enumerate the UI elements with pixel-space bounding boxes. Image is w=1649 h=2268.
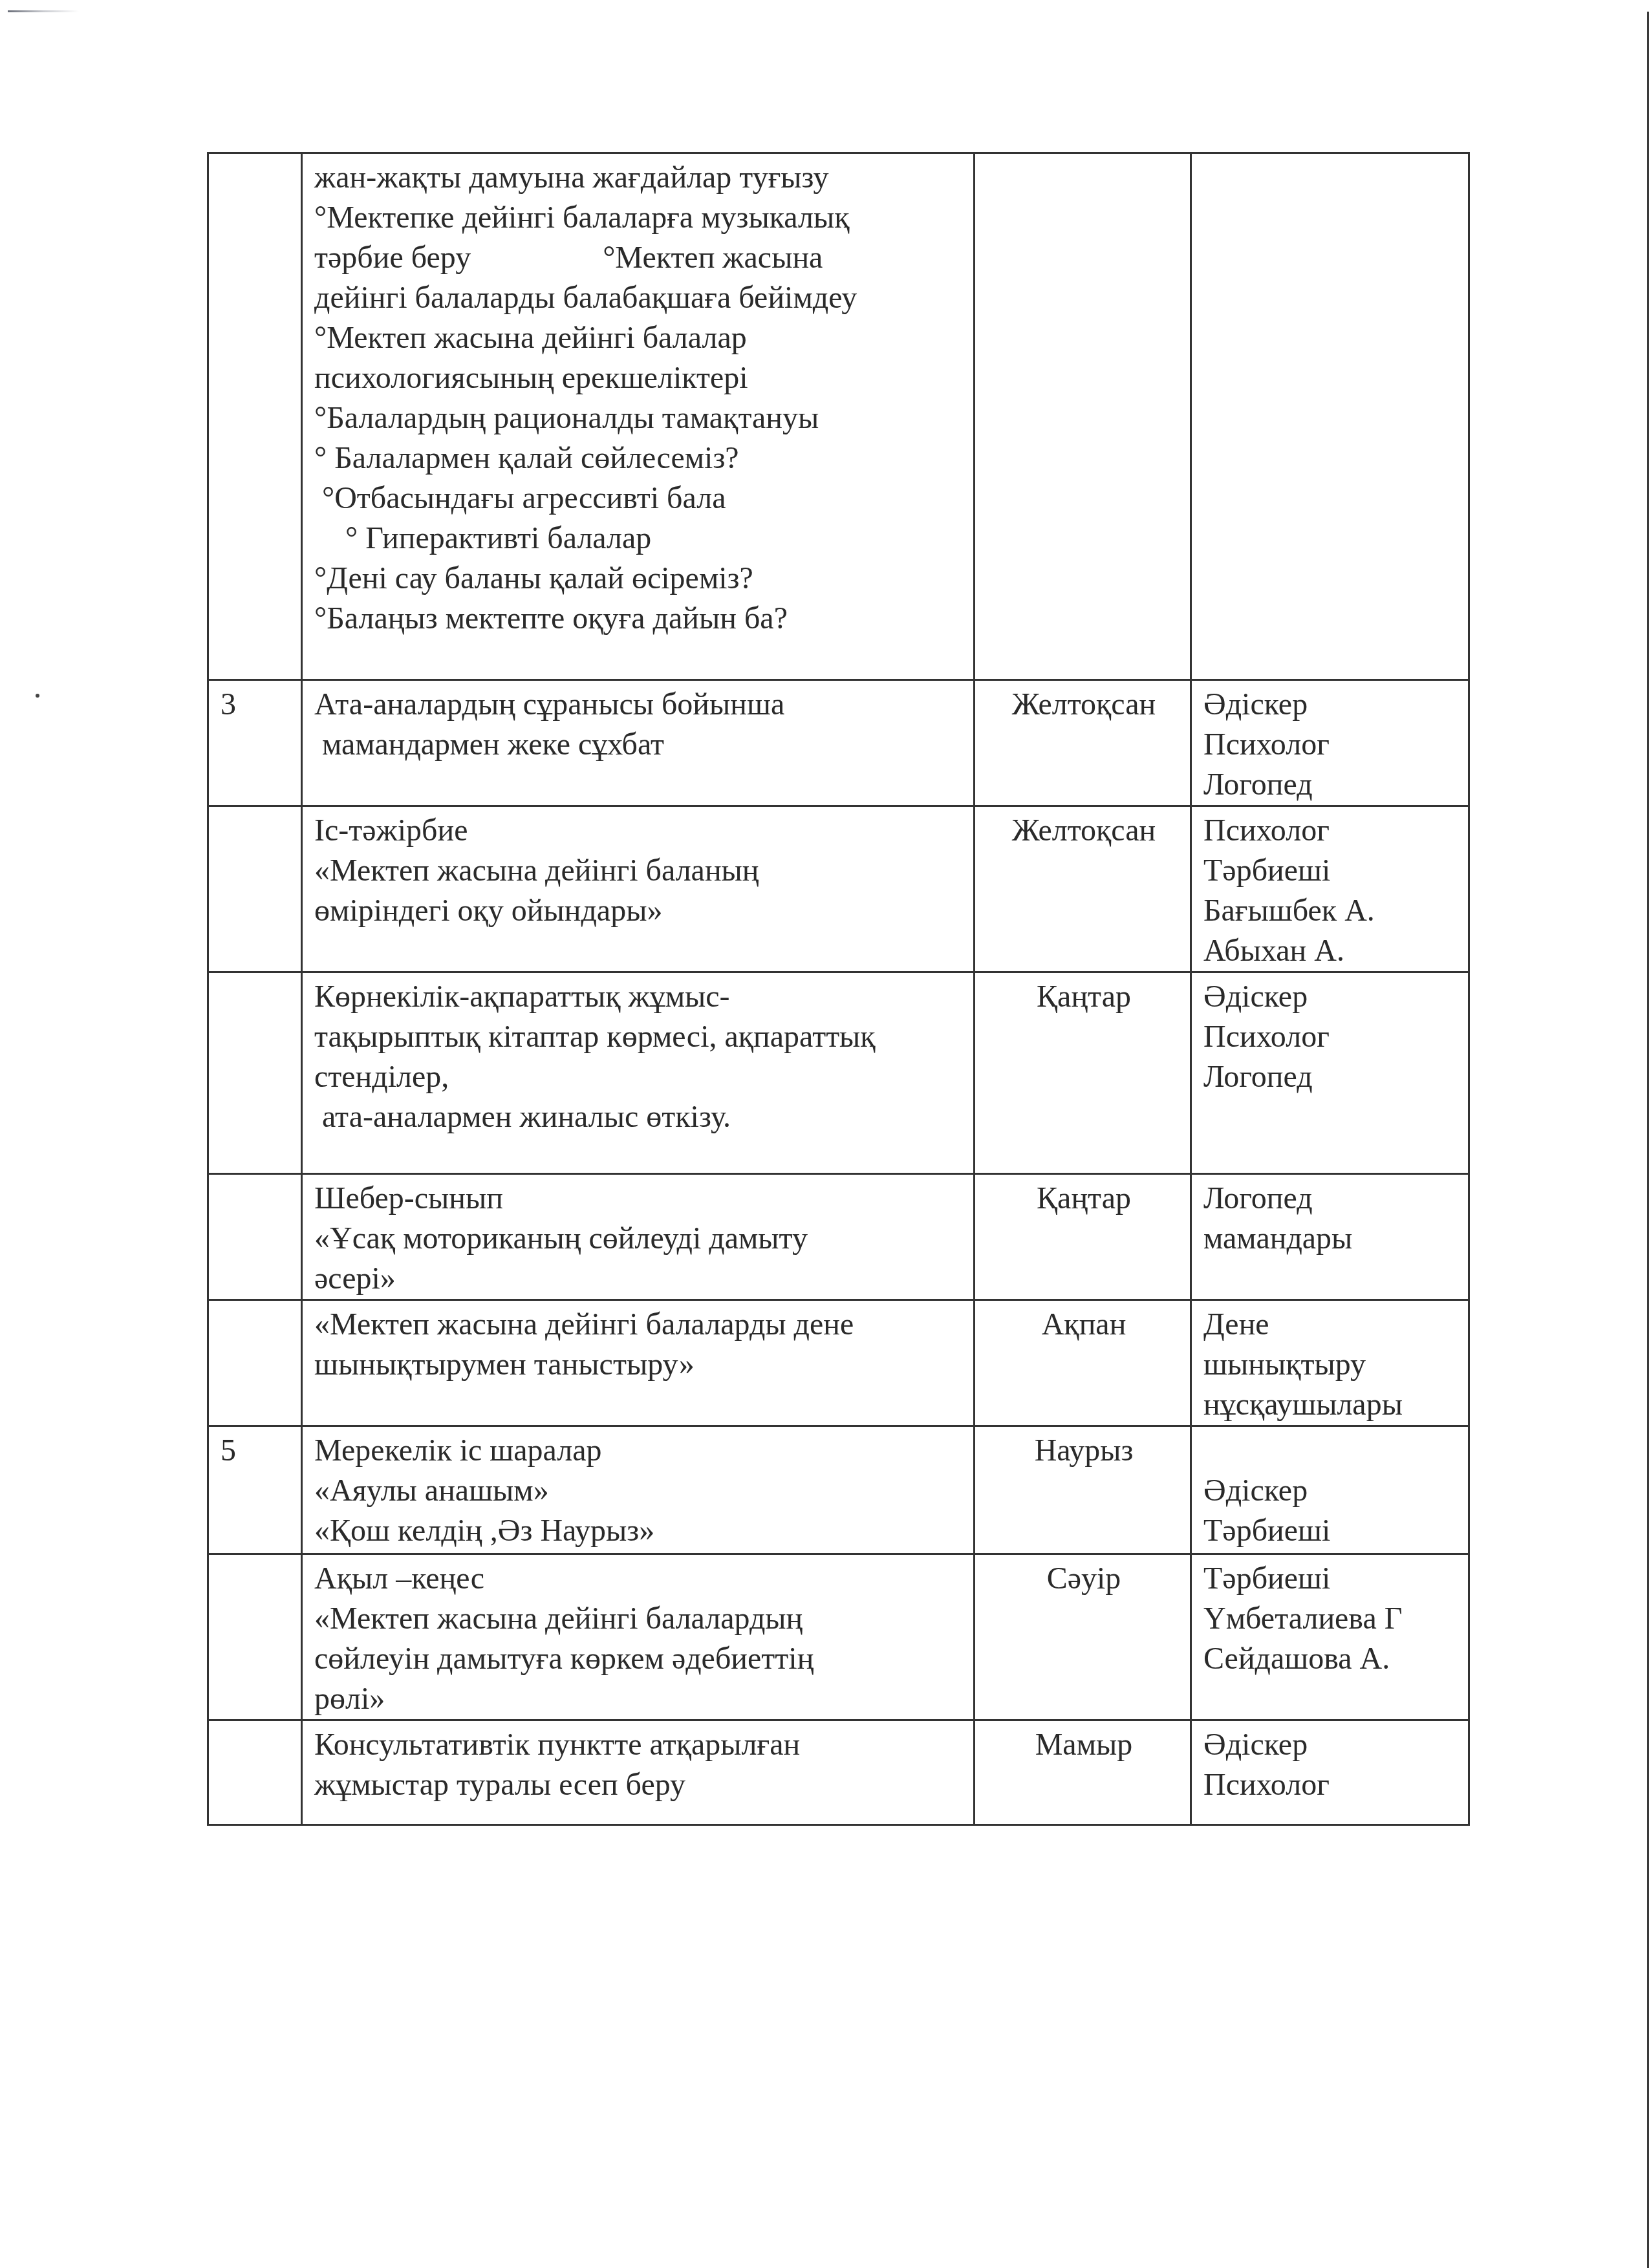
event-cell: жан-жақты дамуына жағдайлар туғызу°Мекте… — [302, 153, 975, 680]
event-line: Консультативтік пунктте атқарылған — [314, 1725, 964, 1765]
table-row: Консультативтік пунктте атқарылғанжұмыст… — [208, 1720, 1469, 1825]
month-cell — [975, 153, 1191, 680]
responsible-person: Психолог — [1203, 1017, 1459, 1057]
row-number-cell — [208, 1554, 302, 1720]
responsible-person: Абыхан А. — [1203, 931, 1459, 971]
table-row: Іс-тәжірбие«Мектеп жасына дейінгі баланы… — [208, 806, 1469, 972]
responsible-person: Әдіскер — [1203, 1471, 1459, 1511]
event-line: Ата-аналардың сұранысы бойынша — [314, 685, 964, 725]
event-line: «Ұсақ моториканың сөйлеуді дамыту — [314, 1219, 964, 1259]
month-cell: Наурыз — [975, 1426, 1191, 1554]
event-line: тақырыптық кітаптар көрмесі, ақпараттық — [314, 1017, 964, 1057]
responsible-person: Дене — [1203, 1305, 1459, 1345]
event-line: шынықтырумен таныстыру» — [314, 1345, 964, 1385]
event-line: стенділер, — [314, 1057, 964, 1097]
event-cell: Ақыл –кеңес«Мектеп жасына дейінгі балала… — [302, 1554, 975, 1720]
row-number-cell: 3 — [208, 680, 302, 806]
event-line: °Балалардың рационалды тамақтануы — [314, 398, 964, 438]
event-cell: Шебер-сынып«Ұсақ моториканың сөйлеуді да… — [302, 1174, 975, 1300]
row-number-cell — [208, 1300, 302, 1426]
month-cell: Желтоқсан — [975, 680, 1191, 806]
event-cell: Консультативтік пунктте атқарылғанжұмыст… — [302, 1720, 975, 1825]
responsible-person: Әдіскер — [1203, 977, 1459, 1017]
responsible-person: Психолог — [1203, 811, 1459, 851]
event-cell: Ата-аналардың сұранысы бойынша мамандарм… — [302, 680, 975, 806]
event-line: дейінгі балаларды балабақшаға бейімдеу — [314, 278, 964, 318]
responsible-cell: ПсихологТәрбиешіБағышбек А.Абыхан А. — [1191, 806, 1469, 972]
responsible-cell: Денешынықтырунұсқаушылары — [1191, 1300, 1469, 1426]
event-line: Мерекелік іс шаралар — [314, 1431, 964, 1471]
table-row: «Мектеп жасына дейінгі балаларды денешын… — [208, 1300, 1469, 1426]
row-number-cell — [208, 806, 302, 972]
event-line: ° Гиперактивті балалар — [314, 519, 964, 559]
event-line: «Қош келдің ,Әз Наурыз» — [314, 1511, 964, 1551]
event-cell: Мерекелік іс шаралар«Аяулы анашым»«Қош к… — [302, 1426, 975, 1554]
event-line: °Мектеп жасына дейінгі балалар — [314, 318, 964, 358]
responsible-cell: ТәрбиешіҮмбеталиева ГСейдашова А. — [1191, 1554, 1469, 1720]
month-cell: Ақпан — [975, 1300, 1191, 1426]
responsible-person: Психолог — [1203, 725, 1459, 765]
event-line: өміріндегі оқу ойындары» — [314, 891, 964, 931]
responsible-person: шынықтыру — [1203, 1345, 1459, 1385]
table-row: Шебер-сынып«Ұсақ моториканың сөйлеуді да… — [208, 1174, 1469, 1300]
event-line: ата-аналармен жиналыс өткізу. — [314, 1097, 964, 1137]
responsible-person: Бағышбек А. — [1203, 891, 1459, 931]
event-line: рөлі» — [314, 1679, 964, 1719]
row-number-cell: 5 — [208, 1426, 302, 1554]
responsible-person: Логопед — [1203, 1057, 1459, 1097]
event-line: Іс-тәжірбие — [314, 811, 964, 851]
responsible-cell: ӘдіскерПсихологЛогопед — [1191, 680, 1469, 806]
table-row: Көрнекілік-ақпараттық жұмыс-тақырыптық к… — [208, 972, 1469, 1174]
event-line: мамандармен жеке сұхбат — [314, 725, 964, 765]
event-line: тәрбие беру °Мектеп жасына — [314, 238, 964, 278]
responsible-cell: Логопедмамандары — [1191, 1174, 1469, 1300]
event-line: сөйлеуін дамытуға көркем әдебиеттің — [314, 1639, 964, 1679]
event-cell: Іс-тәжірбие«Мектеп жасына дейінгі баланы… — [302, 806, 975, 972]
responsible-person: Логопед — [1203, 765, 1459, 805]
responsible-person: Әдіскер — [1203, 685, 1459, 725]
event-line: «Аяулы анашым» — [314, 1471, 964, 1511]
event-line: °Дені сау баланы қалай өсіреміз? — [314, 559, 964, 599]
month-cell: Қаңтар — [975, 1174, 1191, 1300]
responsible-person: Логопед — [1203, 1179, 1459, 1219]
table-row: жан-жақты дамуына жағдайлар туғызу°Мекте… — [208, 153, 1469, 680]
event-cell: «Мектеп жасына дейінгі балаларды денешын… — [302, 1300, 975, 1426]
responsible-person: Сейдашова А. — [1203, 1639, 1459, 1679]
responsible-person: Тәрбиеші — [1203, 1511, 1459, 1551]
event-line: «Мектеп жасына дейінгі балаларды дене — [314, 1305, 964, 1345]
responsible-person: Психолог — [1203, 1765, 1459, 1805]
event-line: ° Балалармен қалай сөйлесеміз? — [314, 438, 964, 478]
responsible-cell: ӘдіскерТәрбиеші — [1191, 1426, 1469, 1554]
responsible-person: Үмбеталиева Г — [1203, 1599, 1459, 1639]
scan-artifact-dot — [36, 694, 39, 698]
responsible-person: Тәрбиеші — [1203, 851, 1459, 891]
responsible-cell: ӘдіскерПсихологЛогопед — [1191, 972, 1469, 1174]
event-line: әсері» — [314, 1259, 964, 1299]
event-line: Шебер-сынып — [314, 1179, 964, 1219]
row-number-cell — [208, 1720, 302, 1825]
event-line: Көрнекілік-ақпараттық жұмыс- — [314, 977, 964, 1017]
event-line: жұмыстар туралы есеп беру — [314, 1765, 964, 1805]
responsible-person: Тәрбиеші — [1203, 1559, 1459, 1599]
event-line: «Мектеп жасына дейінгі балалардың — [314, 1599, 964, 1639]
scan-artifact-top — [8, 10, 79, 12]
event-line: психологиясының ерекшеліктері — [314, 358, 964, 398]
event-line: °Отбасындағы агрессивті бала — [314, 478, 964, 519]
table-row: 5Мерекелік іс шаралар«Аяулы анашым»«Қош … — [208, 1426, 1469, 1554]
work-plan-table: жан-жақты дамуына жағдайлар туғызу°Мекте… — [207, 152, 1470, 1826]
responsible-person: Әдіскер — [1203, 1725, 1459, 1765]
table-row: 3Ата-аналардың сұранысы бойынша мамандар… — [208, 680, 1469, 806]
month-cell: Желтоқсан — [975, 806, 1191, 972]
row-number-cell — [208, 1174, 302, 1300]
event-line: °Мектепке дейінгі балаларға музыкалық — [314, 198, 964, 238]
event-line: «Мектеп жасына дейінгі баланың — [314, 851, 964, 891]
event-line: Ақыл –кеңес — [314, 1559, 964, 1599]
responsible-cell — [1191, 153, 1469, 680]
responsible-person: мамандары — [1203, 1219, 1459, 1259]
month-cell: Сәуір — [975, 1554, 1191, 1720]
row-number-cell — [208, 153, 302, 680]
table-row: Ақыл –кеңес«Мектеп жасына дейінгі балала… — [208, 1554, 1469, 1720]
responsible-person — [1203, 1431, 1459, 1471]
event-line: жан-жақты дамуына жағдайлар туғызу — [314, 158, 964, 198]
event-cell: Көрнекілік-ақпараттық жұмыс-тақырыптық к… — [302, 972, 975, 1174]
responsible-cell: ӘдіскерПсихолог — [1191, 1720, 1469, 1825]
event-line: °Балаңыз мектепте оқуға дайын ба? — [314, 599, 964, 639]
month-cell: Қаңтар — [975, 972, 1191, 1174]
row-number-cell — [208, 972, 302, 1174]
responsible-person: нұсқаушылары — [1203, 1385, 1459, 1425]
month-cell: Мамыр — [975, 1720, 1191, 1825]
